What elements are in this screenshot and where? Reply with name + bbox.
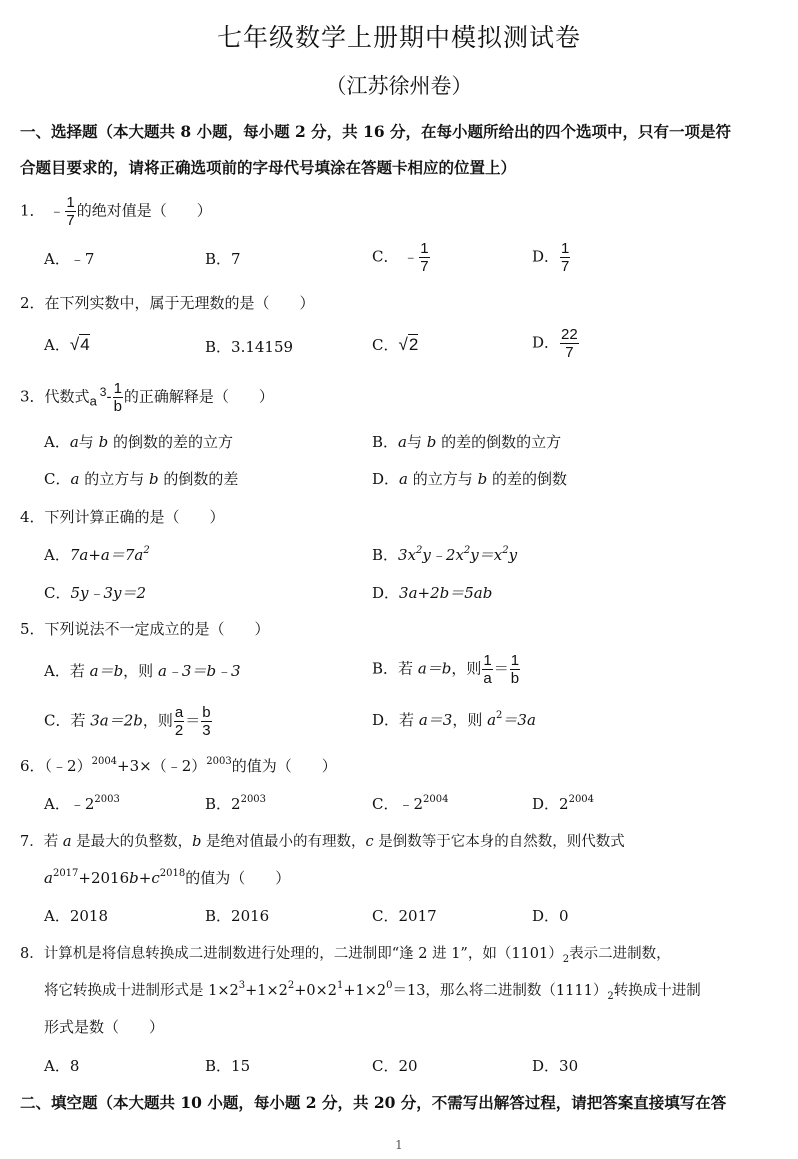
equals-sign: ＝ <box>494 660 509 678</box>
var-a: a <box>63 834 72 850</box>
question-text: 是倒数等于它本身的自然数，则代数式 <box>374 834 625 850</box>
question-text: ＝13，那么将二进制数（1111） <box>392 983 607 999</box>
denominator: b <box>510 670 520 687</box>
option-expr: a＝b <box>418 660 452 678</box>
option-label: C． <box>44 712 70 730</box>
minus-sign: - <box>106 388 111 406</box>
option-text: 若 <box>70 712 90 730</box>
numerator: 22 <box>560 326 579 344</box>
question-4: 4．下列计算正确的是（ ） <box>20 506 225 527</box>
option-value: 15 <box>231 1057 250 1075</box>
option-text: ，则 <box>451 660 481 678</box>
option-expr: 3x <box>398 546 416 564</box>
option-label: C． <box>372 907 398 925</box>
fraction: a2 <box>174 704 184 739</box>
q1-option-a: A．﹣7 <box>44 248 94 269</box>
exponent: 2003 <box>94 794 119 805</box>
q1-option-c: C． ﹣17 <box>372 240 431 275</box>
option-expr: a＝b <box>90 662 124 680</box>
numerator: a <box>174 704 184 722</box>
option-label: A． <box>44 662 70 680</box>
radicand: 2 <box>408 334 418 354</box>
question-expr: +2016 <box>78 869 129 887</box>
question-text: 是最大的负整数， <box>72 834 193 850</box>
numerator: 1 <box>65 194 75 212</box>
fraction: 1b <box>510 652 520 687</box>
denominator: a <box>482 670 492 687</box>
minus-sign: ﹣ <box>49 202 64 220</box>
q7-option-b: B．2016 <box>205 905 269 926</box>
option-label: A． <box>44 250 70 268</box>
q6-option-b: B．22003 <box>205 793 266 814</box>
fraction: 17 <box>419 240 429 275</box>
q1-option-d: D．17 <box>532 240 571 275</box>
denominator: 3 <box>201 722 211 739</box>
denominator: 2 <box>174 722 184 739</box>
var-a: a <box>70 470 79 488</box>
option-label: D． <box>372 711 399 729</box>
var-b: b <box>129 869 139 887</box>
base: 2 <box>231 795 241 813</box>
q4-option-d: D．3a+2b＝5ab <box>372 582 492 603</box>
option-label: B． <box>205 907 231 925</box>
section1-heading-line1: 一、选择题（本大题共 8 小题，每小题 2 分，共 16 分，在每小题所给出的四… <box>20 120 731 142</box>
question-number: 2． <box>20 294 45 312</box>
option-label: B． <box>205 1057 231 1075</box>
q8-option-a: A．8 <box>44 1055 79 1076</box>
var-a: a <box>398 433 407 451</box>
q7-option-c: C．2017 <box>372 905 437 926</box>
var-b: b <box>427 433 437 451</box>
question-text: 在下列实数中，属于无理数的是（ ） <box>45 294 315 312</box>
option-label: B． <box>205 795 231 813</box>
option-label: D． <box>372 470 399 488</box>
question-number: 8． <box>20 946 44 962</box>
fraction: b3 <box>201 704 211 739</box>
var-b: b <box>149 470 159 488</box>
exponent: 2003 <box>241 794 266 805</box>
section2-heading-line1: 二、填空题（本大题共 10 小题，每小题 2 分，共 20 分，不需写出解答过程… <box>20 1091 726 1113</box>
fraction: 227 <box>560 326 579 361</box>
denominator: 7 <box>419 258 429 275</box>
question-number: 5． <box>20 620 45 638</box>
option-text: 的倒数的差 <box>163 470 238 488</box>
option-label: C． <box>44 470 70 488</box>
q7-option-a: A．2018 <box>44 905 108 926</box>
var-a: a <box>70 433 79 451</box>
q8-option-c: C．20 <box>372 1055 418 1076</box>
option-text: 与 <box>79 433 94 451</box>
q5-option-c: C．若 3a＝2b，则a2＝b3 <box>44 704 213 739</box>
numerator: 1 <box>482 652 492 670</box>
q5-option-b: B．若 a＝b，则1a＝1b <box>372 652 521 687</box>
question-number: 4． <box>20 508 45 526</box>
question-6: 6．（﹣2）2004+3×（﹣2）2003的值为（ ） <box>20 755 337 776</box>
question-expr: +1×2 <box>245 983 288 999</box>
q1-option-b: B．7 <box>205 248 241 269</box>
option-value: 2018 <box>70 907 108 925</box>
option-label: B． <box>372 433 398 451</box>
question-text: 的值为（ ） <box>185 869 290 887</box>
question-text: 的绝对值是（ ） <box>77 202 212 220</box>
denominator: b <box>113 398 123 415</box>
option-text: ，则 <box>143 712 173 730</box>
question-text: 下列计算正确的是（ ） <box>45 508 225 526</box>
question-text: 下列说法不一定成立的是（ ） <box>45 620 270 638</box>
equals-sign: ＝ <box>185 712 200 730</box>
fraction: 17 <box>65 194 75 229</box>
var-b: b <box>478 470 488 488</box>
option-text: 若 <box>70 662 90 680</box>
exponent: 2018 <box>160 868 185 879</box>
question-expr: +3×（﹣2） <box>117 757 206 775</box>
option-expr: y＝x <box>470 546 502 564</box>
option-value: 30 <box>559 1057 578 1075</box>
q8-option-d: D．30 <box>532 1055 578 1076</box>
option-label: A． <box>44 433 70 451</box>
option-text: ，则 <box>452 711 487 729</box>
base: 2 <box>559 795 569 813</box>
q3-option-c: C．a 的立方与 b 的倒数的差 <box>44 468 238 489</box>
option-text: 的差的倒数的立方 <box>441 433 561 451</box>
base: ﹣2 <box>398 795 423 813</box>
fraction: 1a <box>482 652 492 687</box>
q4-option-c: C．5y﹣3y＝2 <box>44 582 146 603</box>
question-number: 1． <box>20 202 45 220</box>
var-b: b <box>99 433 109 451</box>
question-text: 的正确解释是（ ） <box>124 388 274 406</box>
option-expr: a <box>487 711 496 729</box>
base: ﹣2 <box>70 795 95 813</box>
option-label: D． <box>532 907 559 925</box>
option-label: D． <box>372 584 399 602</box>
exponent: 2 <box>143 545 149 556</box>
option-label: B． <box>205 250 231 268</box>
fraction: 1b <box>113 380 123 415</box>
option-text: 若 <box>399 711 419 729</box>
denominator: 7 <box>65 212 75 229</box>
question-text: 的值为（ ） <box>232 757 337 775</box>
option-text: 的立方与 <box>413 470 473 488</box>
question-text: 是绝对值最小的有理数， <box>201 834 365 850</box>
fraction: 17 <box>560 240 570 275</box>
option-label: A． <box>44 546 70 564</box>
sqrt-icon: √2 <box>398 334 418 354</box>
option-expr: y﹣2x <box>422 546 463 564</box>
question-text: 代数式 <box>45 388 90 406</box>
option-value: 3.14159 <box>231 338 293 356</box>
option-expr: a＝3 <box>419 711 453 729</box>
page-subtitle: （江苏徐州卷） <box>0 70 798 100</box>
q5-option-d: D．若 a＝3，则 a2＝3a <box>372 709 536 730</box>
option-text: 的倒数的差的立方 <box>113 433 233 451</box>
option-label: A． <box>44 795 70 813</box>
option-text: 的差的倒数 <box>492 470 567 488</box>
sqrt-icon: √4 <box>70 334 90 354</box>
q7-option-d: D．0 <box>532 905 569 926</box>
question-8-line3: 形式是数（ ） <box>44 1016 164 1037</box>
option-label: D． <box>532 795 559 813</box>
option-expr: 3a+2b＝5ab <box>399 584 492 602</box>
option-value: 8 <box>70 1057 80 1075</box>
option-value: 2016 <box>231 907 269 925</box>
question-1: 1． ﹣17的绝对值是（ ） <box>20 194 212 229</box>
q2-option-b: B．3.14159 <box>205 336 293 357</box>
exponent: 2004 <box>569 794 594 805</box>
question-2: 2．在下列实数中，属于无理数的是（ ） <box>20 292 315 313</box>
numerator: 1 <box>560 240 570 258</box>
var-b: b <box>192 834 201 850</box>
option-value: ﹣7 <box>70 250 95 268</box>
option-label: D． <box>532 248 559 266</box>
q5-option-a: A．若 a＝b，则 a﹣3＝b﹣3 <box>44 660 241 681</box>
numerator: 1 <box>510 652 520 670</box>
var-a: a <box>399 470 408 488</box>
option-expr: 5y﹣3y＝2 <box>70 584 146 602</box>
option-value: 20 <box>398 1057 417 1075</box>
option-value: 7 <box>231 250 241 268</box>
exponent: 2003 <box>206 756 231 767</box>
question-expr: （﹣2） <box>45 757 92 775</box>
option-text: 若 <box>398 660 418 678</box>
option-expr: ＝3a <box>502 711 536 729</box>
option-label: D． <box>532 1057 559 1075</box>
option-expr: y <box>509 546 517 564</box>
exponent: 2017 <box>53 868 78 879</box>
question-3: 3．代数式a3-1b的正确解释是（ ） <box>20 380 274 415</box>
q6-option-c: C．﹣22004 <box>372 793 448 814</box>
numerator: 1 <box>419 240 429 258</box>
question-text: 转换成十进制 <box>614 983 701 999</box>
option-label: B． <box>372 546 398 564</box>
minus-sign: ﹣ <box>403 248 418 266</box>
question-8-line1: 8．计算机是将信息转换成二进制数进行处理的，二进制即“逢 2 进 1”，如（11… <box>20 942 671 963</box>
section1-heading-line2: 合题目要求的，请将正确选项前的字母代号填涂在答题卡相应的位置上） <box>20 156 516 178</box>
question-number: 7． <box>20 834 44 850</box>
denominator: 7 <box>564 344 574 361</box>
option-expr: a﹣3＝b﹣3 <box>158 662 241 680</box>
q6-option-d: D．22004 <box>532 793 594 814</box>
numerator: 1 <box>113 380 123 398</box>
option-text: 的立方与 <box>84 470 144 488</box>
var-c: c <box>151 869 159 887</box>
option-label: A． <box>44 907 70 925</box>
option-label: A． <box>44 336 70 354</box>
radicand: 4 <box>79 334 89 354</box>
option-label: C． <box>372 336 398 354</box>
var-c: c <box>366 834 374 850</box>
question-expr: + <box>139 869 152 887</box>
option-expr: 7a+a＝7a <box>70 546 143 564</box>
q3-option-d: D．a 的立方与 b 的差的倒数 <box>372 468 567 489</box>
base: a <box>90 394 97 409</box>
exponent: 2004 <box>423 794 448 805</box>
q3-option-b: B．a与 b 的差的倒数的立方 <box>372 431 561 452</box>
question-number: 6． <box>20 757 45 775</box>
question-expr: +0×2 <box>294 983 337 999</box>
option-label: B． <box>205 338 231 356</box>
question-text: 若 <box>44 834 63 850</box>
question-5: 5．下列说法不一定成立的是（ ） <box>20 618 270 639</box>
q8-option-b: B．15 <box>205 1055 250 1076</box>
exponent: 2004 <box>92 756 117 767</box>
q6-option-a: A．﹣22003 <box>44 793 120 814</box>
option-label: B． <box>372 660 398 678</box>
option-value: 2017 <box>398 907 436 925</box>
option-label: C． <box>372 248 398 266</box>
question-text: 表示二进制数， <box>569 946 671 962</box>
option-label: C． <box>372 1057 398 1075</box>
q4-option-a: A．7a+a＝7a2 <box>44 544 150 565</box>
page-title: 七年级数学上册期中模拟测试卷 <box>0 18 798 54</box>
question-7-line1: 7．若 a 是最大的负整数，b 是绝对值最小的有理数，c 是倒数等于它本身的自然… <box>20 830 625 851</box>
option-expr: 3a＝2b <box>90 712 143 730</box>
option-value: 0 <box>559 907 569 925</box>
option-text: ，则 <box>123 662 158 680</box>
question-number: 3． <box>20 388 45 406</box>
question-text: 将它转换成十进制形式是 1×2 <box>44 983 239 999</box>
option-label: D． <box>532 334 559 352</box>
question-7-line2: a2017+2016b+c2018的值为（ ） <box>44 867 290 888</box>
option-label: A． <box>44 1057 70 1075</box>
question-expr: +1×2 <box>343 983 386 999</box>
page-number: 1 <box>0 1138 798 1152</box>
q2-option-a: A．√4 <box>44 334 90 355</box>
numerator: b <box>201 704 211 722</box>
option-label: C． <box>372 795 398 813</box>
q2-option-c: C．√2 <box>372 334 418 355</box>
question-text: 计算机是将信息转换成二进制数进行处理的，二进制即“逢 2 进 1”，如（1101… <box>44 946 563 962</box>
question-8-line2: 将它转换成十进制形式是 1×23+1×22+0×21+1×20＝13，那么将二进… <box>44 979 701 1000</box>
option-text: 与 <box>407 433 422 451</box>
var-a: a <box>44 869 53 887</box>
option-label: C． <box>44 584 70 602</box>
q2-option-d: D．227 <box>532 326 580 361</box>
q3-option-a: A．a与 b 的倒数的差的立方 <box>44 431 233 452</box>
denominator: 7 <box>560 258 570 275</box>
q4-option-b: B．3x2y﹣2x2y＝x2y <box>372 544 517 565</box>
